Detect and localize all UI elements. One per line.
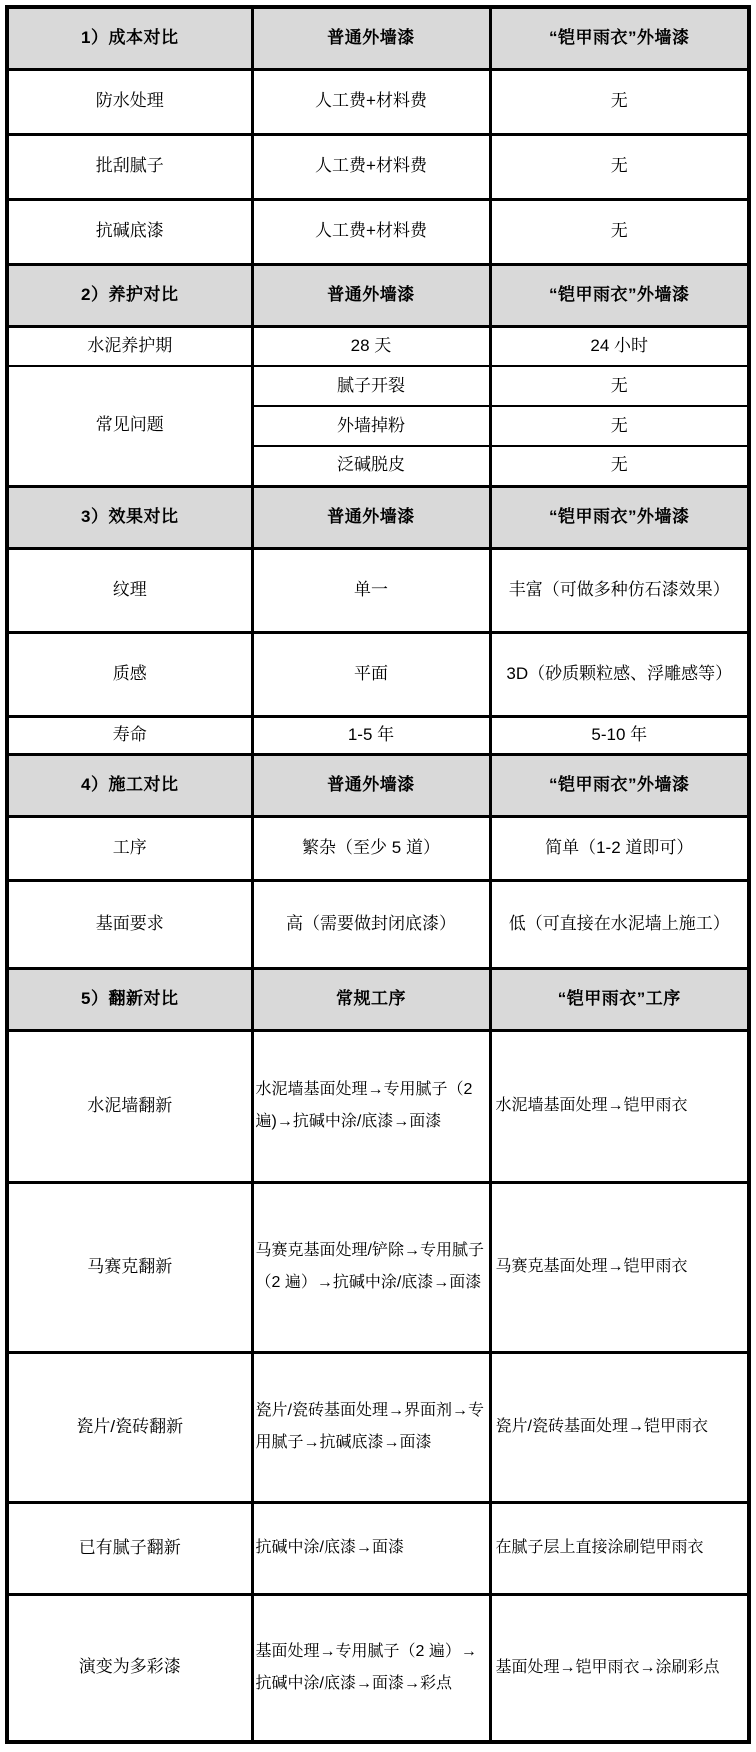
section2-title: 2）养护对比 xyxy=(7,264,252,326)
section1-title: 1）成本对比 xyxy=(7,7,252,69)
feel-row: 质感 平面 3D（砂质颗粒感、浮雕感等） xyxy=(7,632,749,716)
section3-title: 3）效果对比 xyxy=(7,486,252,548)
cement-curing-kaijia-value: 24 小时 xyxy=(490,326,749,366)
surface-requirement-label: 基面要求 xyxy=(7,880,252,968)
cement-curing-normal-value: 28 天 xyxy=(252,326,490,366)
wall-chalking-kaijia-value: 无 xyxy=(490,406,749,446)
common-issues-label: 常见问题 xyxy=(7,366,252,486)
cement-wall-renovation-label: 水泥墙翻新 xyxy=(7,1030,252,1182)
alkali-primer-label: 抗碱底漆 xyxy=(7,199,252,264)
mosaic-renovation-kaijia-process: 马赛克基面处理→铠甲雨衣 xyxy=(490,1182,749,1352)
cement-wall-renovation-kaijia-process: 水泥墙基面处理→铠甲雨衣 xyxy=(490,1030,749,1182)
texture-kaijia-value: 丰富（可做多种仿石漆效果） xyxy=(490,548,749,632)
section3-kaijia-paint-header: “铠甲雨衣”外墙漆 xyxy=(490,486,749,548)
multicolor-evolution-normal-process: 基面处理→专用腻子（2 遍）→抗碱中涂/底漆→面漆→彩点 xyxy=(252,1594,490,1742)
surface-requirement-kaijia-value: 低（可直接在水泥墙上施工） xyxy=(490,880,749,968)
feel-normal-value: 平面 xyxy=(252,632,490,716)
texture-row: 纹理 单一 丰富（可做多种仿石漆效果） xyxy=(7,548,749,632)
section1-header-row: 1）成本对比 普通外墙漆 “铠甲雨衣”外墙漆 xyxy=(7,7,749,69)
putty-cracking-kaijia-value: 无 xyxy=(490,366,749,406)
cement-wall-renovation-row: 水泥墙翻新 水泥墙基面处理→专用腻子（2 遍)→抗碱中涂/底漆→面漆 水泥墙基面… xyxy=(7,1030,749,1182)
cement-curing-label: 水泥养护期 xyxy=(7,326,252,366)
wall-chalking-value: 外墙掉粉 xyxy=(252,406,490,446)
section4-normal-paint-header: 普通外墙漆 xyxy=(252,754,490,816)
mosaic-renovation-row: 马赛克翻新 马赛克基面处理/铲除→专用腻子（2 遍）→抗碱中涂/底漆→面漆 马赛… xyxy=(7,1182,749,1352)
putty-cracking-value: 腻子开裂 xyxy=(252,366,490,406)
waterproofing-label: 防水处理 xyxy=(7,69,252,134)
alkali-primer-normal-value: 人工费+材料费 xyxy=(252,199,490,264)
section4-header-row: 4）施工对比 普通外墙漆 “铠甲雨衣”外墙漆 xyxy=(7,754,749,816)
existing-putty-renovation-label: 已有腻子翻新 xyxy=(7,1502,252,1594)
multicolor-evolution-label: 演变为多彩漆 xyxy=(7,1594,252,1742)
section3-header-row: 3）效果对比 普通外墙漆 “铠甲雨衣”外墙漆 xyxy=(7,486,749,548)
mosaic-renovation-normal-process: 马赛克基面处理/铲除→专用腻子（2 遍）→抗碱中涂/底漆→面漆 xyxy=(252,1182,490,1352)
section4-title: 4）施工对比 xyxy=(7,754,252,816)
alkali-peeling-kaijia-value: 无 xyxy=(490,446,749,486)
mosaic-renovation-label: 马赛克翻新 xyxy=(7,1182,252,1352)
section1-kaijia-paint-header: “铠甲雨衣”外墙漆 xyxy=(490,7,749,69)
lifespan-label: 寿命 xyxy=(7,716,252,754)
lifespan-kaijia-value: 5-10 年 xyxy=(490,716,749,754)
section4-kaijia-paint-header: “铠甲雨衣”外墙漆 xyxy=(490,754,749,816)
section5-title: 5）翻新对比 xyxy=(7,968,252,1030)
section2-normal-paint-header: 普通外墙漆 xyxy=(252,264,490,326)
tile-renovation-row: 瓷片/瓷砖翻新 瓷片/瓷砖基面处理→界面剂→专用腻子→抗碱底漆→面漆 瓷片/瓷砖… xyxy=(7,1352,749,1502)
tile-renovation-kaijia-process: 瓷片/瓷砖基面处理→铠甲雨衣 xyxy=(490,1352,749,1502)
process-normal-value: 繁杂（至少 5 道） xyxy=(252,816,490,880)
feel-kaijia-value: 3D（砂质颗粒感、浮雕感等） xyxy=(490,632,749,716)
process-kaijia-value: 简单（1-2 道即可） xyxy=(490,816,749,880)
multicolor-evolution-kaijia-process: 基面处理→铠甲雨衣→涂刷彩点 xyxy=(490,1594,749,1742)
putty-scraping-kaijia-value: 无 xyxy=(490,134,749,199)
paint-comparison-table: 1）成本对比 普通外墙漆 “铠甲雨衣”外墙漆 防水处理 人工费+材料费 无 批刮… xyxy=(5,5,751,1744)
section2-header-row: 2）养护对比 普通外墙漆 “铠甲雨衣”外墙漆 xyxy=(7,264,749,326)
surface-requirement-row: 基面要求 高（需要做封闭底漆） 低（可直接在水泥墙上施工） xyxy=(7,880,749,968)
lifespan-normal-value: 1-5 年 xyxy=(252,716,490,754)
section5-kaijia-process-header: “铠甲雨衣”工序 xyxy=(490,968,749,1030)
tile-renovation-label: 瓷片/瓷砖翻新 xyxy=(7,1352,252,1502)
putty-scraping-label: 批刮腻子 xyxy=(7,134,252,199)
texture-normal-value: 单一 xyxy=(252,548,490,632)
section3-normal-paint-header: 普通外墙漆 xyxy=(252,486,490,548)
lifespan-row: 寿命 1-5 年 5-10 年 xyxy=(7,716,749,754)
cement-curing-row: 水泥养护期 28 天 24 小时 xyxy=(7,326,749,366)
common-issue-row-1: 常见问题 腻子开裂 无 xyxy=(7,366,749,406)
alkali-primer-kaijia-value: 无 xyxy=(490,199,749,264)
tile-renovation-normal-process: 瓷片/瓷砖基面处理→界面剂→专用腻子→抗碱底漆→面漆 xyxy=(252,1352,490,1502)
putty-scraping-row: 批刮腻子 人工费+材料费 无 xyxy=(7,134,749,199)
feel-label: 质感 xyxy=(7,632,252,716)
alkali-primer-row: 抗碱底漆 人工费+材料费 无 xyxy=(7,199,749,264)
existing-putty-renovation-normal-process: 抗碱中涂/底漆→面漆 xyxy=(252,1502,490,1594)
surface-requirement-normal-value: 高（需要做封闭底漆） xyxy=(252,880,490,968)
waterproofing-kaijia-value: 无 xyxy=(490,69,749,134)
waterproofing-normal-value: 人工费+材料费 xyxy=(252,69,490,134)
process-label: 工序 xyxy=(7,816,252,880)
process-row: 工序 繁杂（至少 5 道） 简单（1-2 道即可） xyxy=(7,816,749,880)
putty-scraping-normal-value: 人工费+材料费 xyxy=(252,134,490,199)
section1-normal-paint-header: 普通外墙漆 xyxy=(252,7,490,69)
alkali-peeling-value: 泛碱脱皮 xyxy=(252,446,490,486)
existing-putty-renovation-kaijia-process: 在腻子层上直接涂刷铠甲雨衣 xyxy=(490,1502,749,1594)
cement-wall-renovation-normal-process: 水泥墙基面处理→专用腻子（2 遍)→抗碱中涂/底漆→面漆 xyxy=(252,1030,490,1182)
waterproofing-row: 防水处理 人工费+材料费 无 xyxy=(7,69,749,134)
existing-putty-renovation-row: 已有腻子翻新 抗碱中涂/底漆→面漆 在腻子层上直接涂刷铠甲雨衣 xyxy=(7,1502,749,1594)
multicolor-evolution-row: 演变为多彩漆 基面处理→专用腻子（2 遍）→抗碱中涂/底漆→面漆→彩点 基面处理… xyxy=(7,1594,749,1742)
texture-label: 纹理 xyxy=(7,548,252,632)
section5-header-row: 5）翻新对比 常规工序 “铠甲雨衣”工序 xyxy=(7,968,749,1030)
section5-regular-process-header: 常规工序 xyxy=(252,968,490,1030)
section2-kaijia-paint-header: “铠甲雨衣”外墙漆 xyxy=(490,264,749,326)
